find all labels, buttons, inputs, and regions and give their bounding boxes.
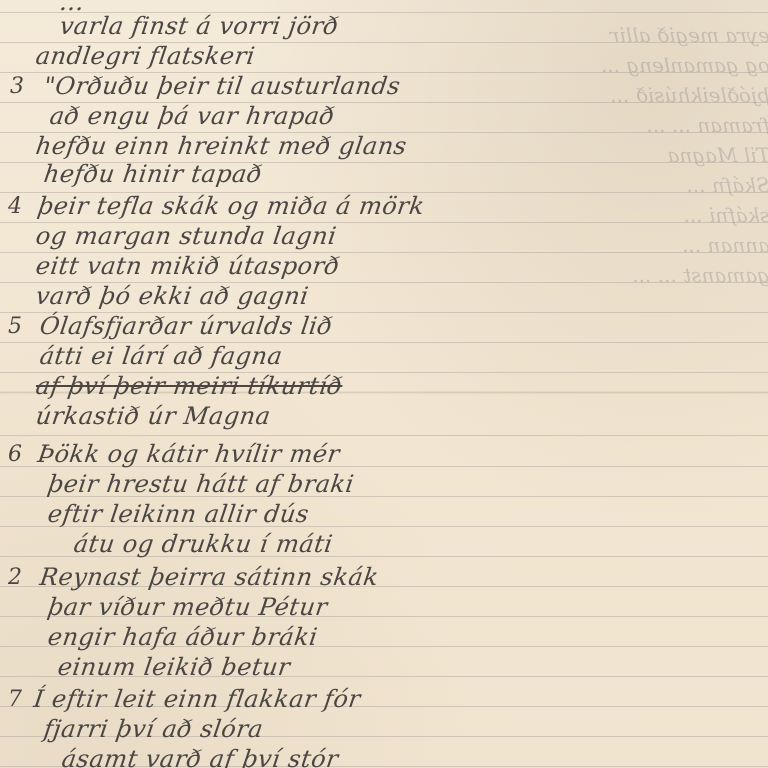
poem-line: þeir hrestu hátt af braki <box>46 470 356 498</box>
poem-line: Reynast þeirra sátinn skák <box>38 563 380 591</box>
poem-line: og margan stunda lagni <box>34 222 338 250</box>
poem-line: úrkastið úr Magna <box>34 402 273 430</box>
stanza-number: 3 <box>10 74 24 99</box>
poem-line: varð þó ekki að gagni <box>34 282 310 310</box>
stanza-number: 7 <box>8 687 22 712</box>
stanza-number: 6 <box>8 442 22 467</box>
stanza-number: 5 <box>8 314 22 339</box>
poem-line: að engu þá var hrapað <box>48 102 337 130</box>
poem-line: átti ei lárí að fagna <box>38 342 284 370</box>
poem-line: hefðu hinir tapað <box>42 160 264 188</box>
poem-line: eftir leikinn allir dús <box>46 500 311 528</box>
poem-line: engir hafa áður bráki <box>46 623 320 651</box>
poem-line: Í eftir leit einn flakkar fór <box>32 685 362 713</box>
poem-line: einum leikið betur <box>56 653 292 681</box>
poem-line: hefðu einn hreinkt með glans <box>34 132 409 160</box>
poem-line: Ólafsfjarðar úrvalds lið <box>38 312 334 340</box>
stanza-number: 4 <box>8 194 22 219</box>
poem-line: þar víður meðtu Pétur <box>46 593 329 621</box>
poem-line: "Orðuðu þeir til austurlands <box>42 72 402 100</box>
handwritten-poem: ... varla finst á vorri jörð andlegri fl… <box>0 0 768 768</box>
poem-line: varla finst á vorri jörð <box>58 12 341 40</box>
poem-line: átu og drukku í máti <box>72 530 335 558</box>
stanza-number: 2 <box>8 565 22 590</box>
poem-line: andlegri flatskeri <box>34 42 257 70</box>
poem-line: eitt vatn mikið útasporð <box>34 252 342 280</box>
poem-line: fjarri því að slóra <box>42 715 265 743</box>
poem-line: Þökk og kátir hvílir mér <box>36 440 342 468</box>
poem-line: þeir tefla skák og miða á mörk <box>36 192 426 220</box>
poem-line-struck: af því þeir meiri tíkurtíð <box>34 372 344 400</box>
poem-line: ásamt varð af því stór <box>60 745 340 768</box>
